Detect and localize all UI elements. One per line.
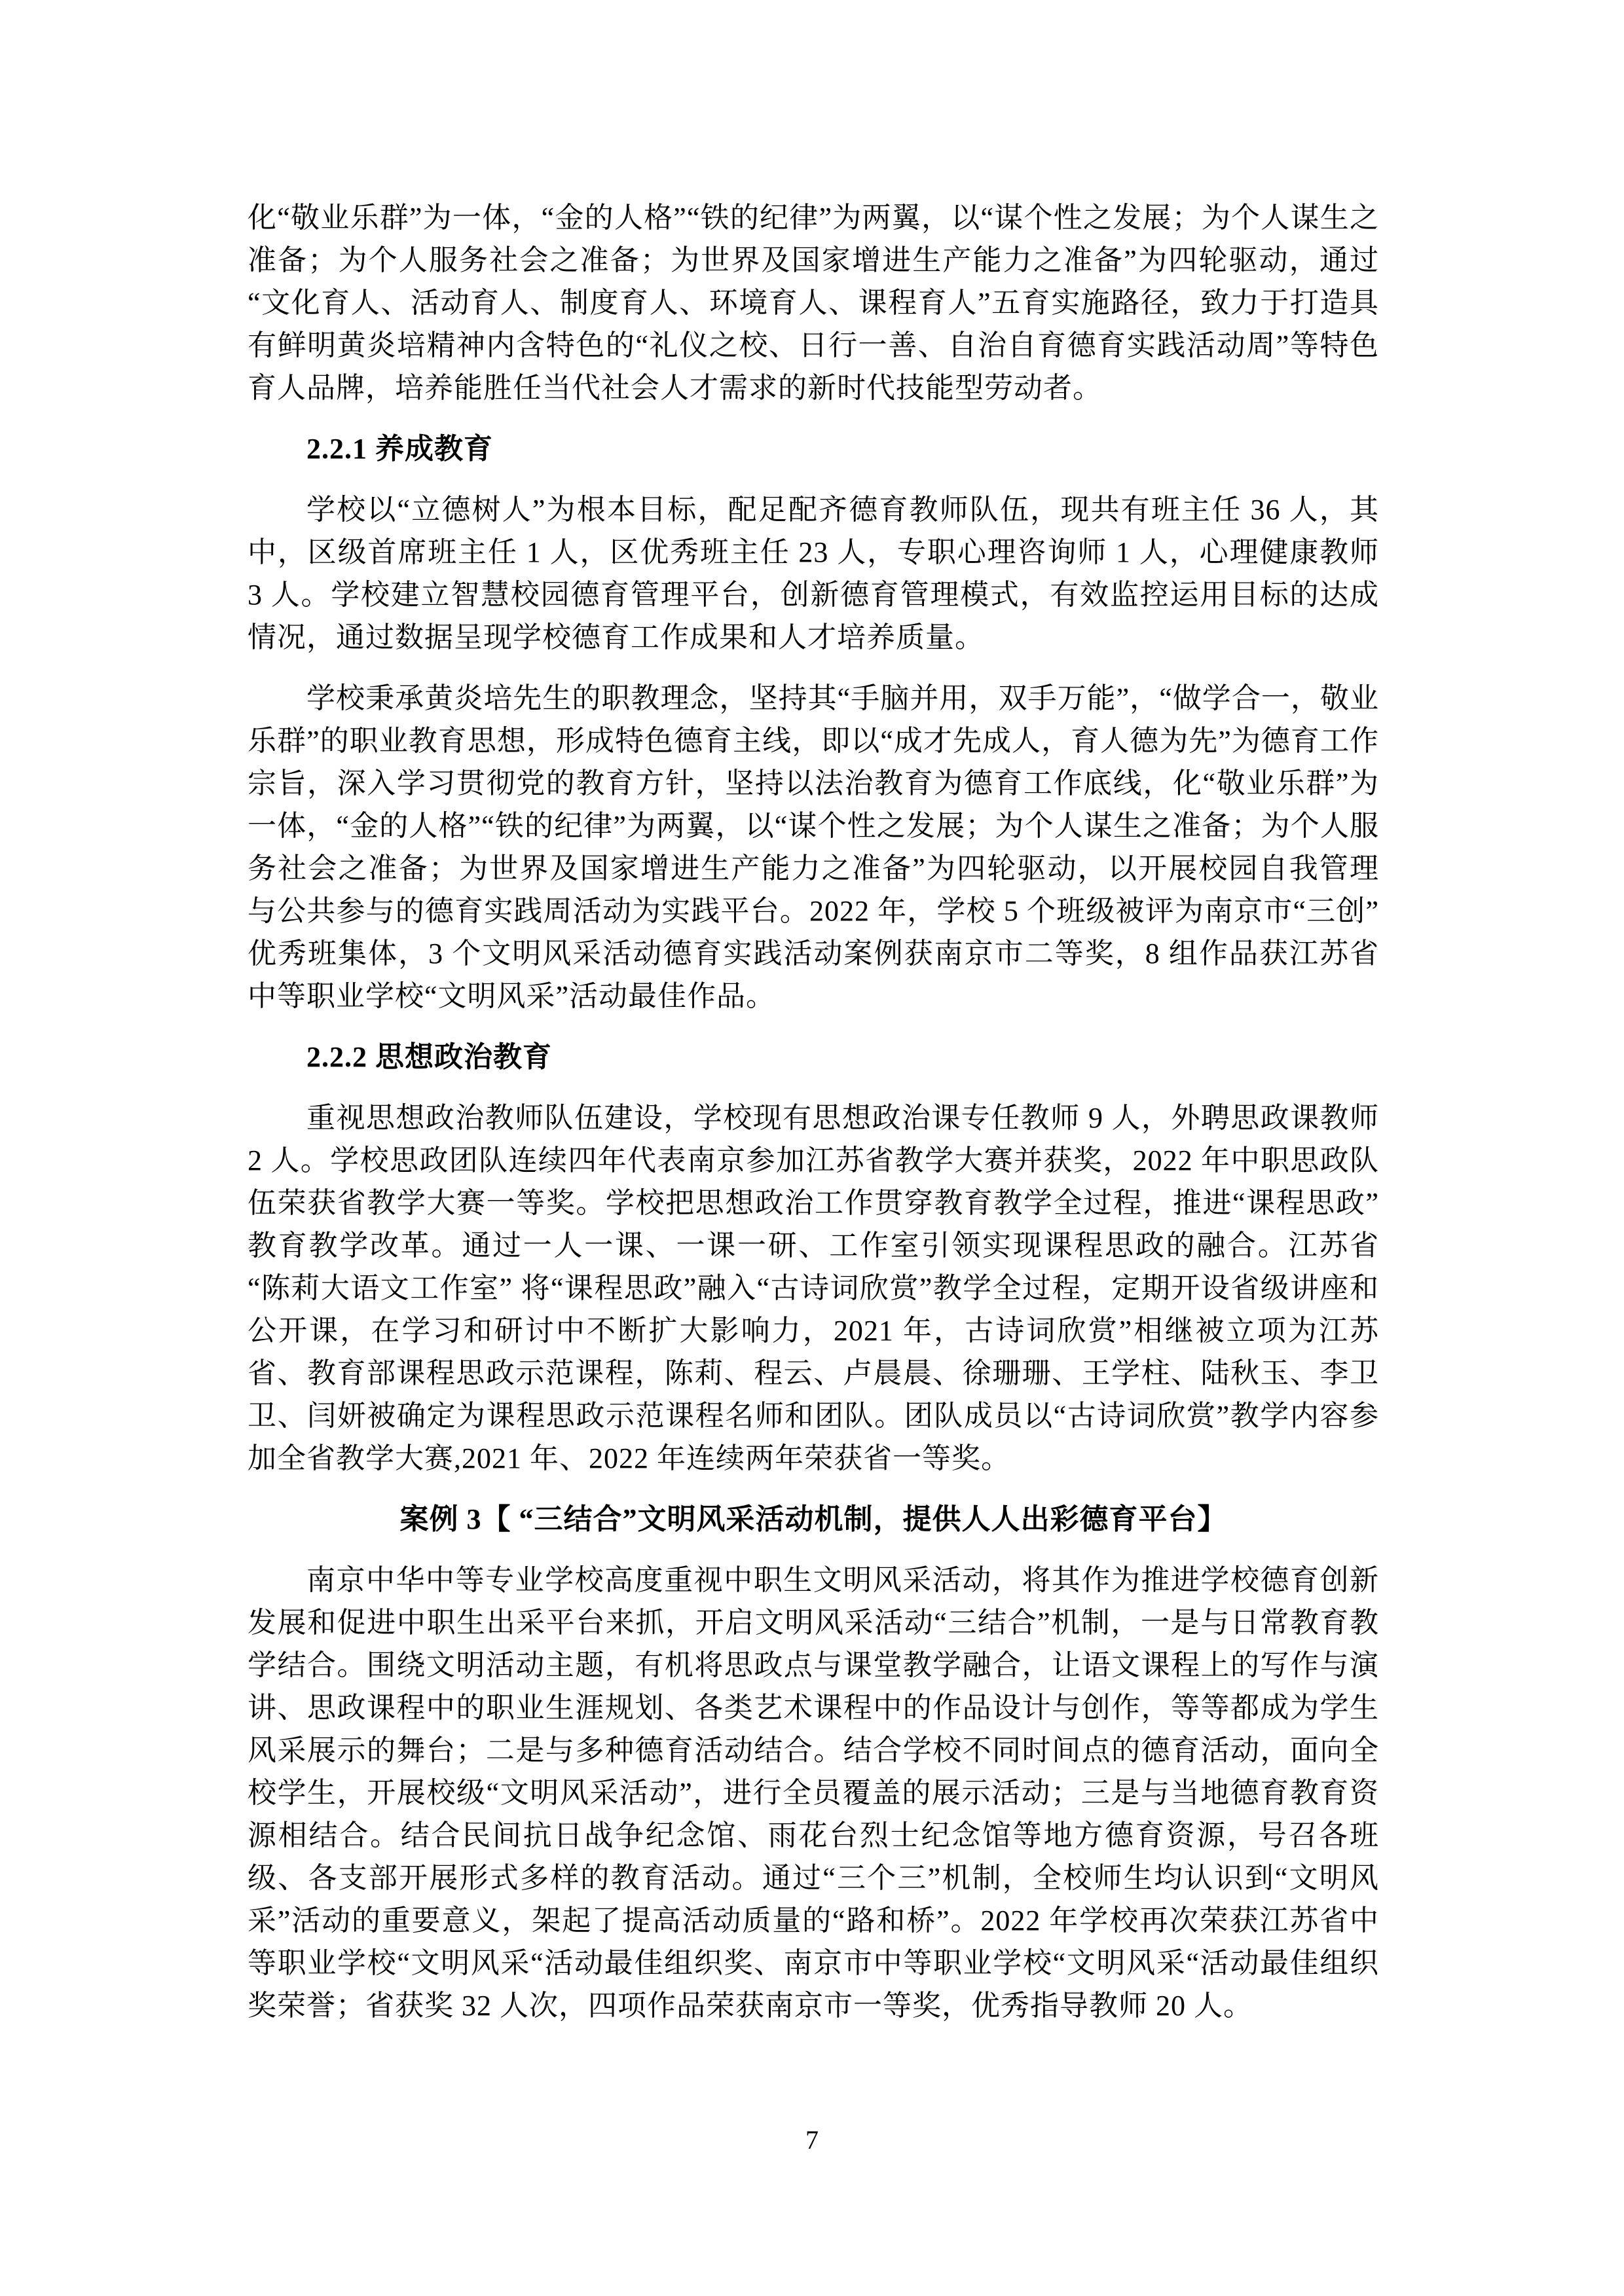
page-number: 7 xyxy=(0,2124,1624,2156)
section-heading-2-2-1: 2.2.1 养成教育 xyxy=(248,428,1379,470)
document-page: 化“敬业乐群”为一体，“金的人格”“铁的纪律”为两翼，以“谋个性之发展；为个人谋… xyxy=(0,0,1624,2296)
document-body: 化“敬业乐群”为一体，“金的人格”“铁的纪律”为两翼，以“谋个性之发展；为个人谋… xyxy=(248,196,1379,2027)
paragraph-continuation: 化“敬业乐群”为一体，“金的人格”“铁的纪律”为两翼，以“谋个性之发展；为个人谋… xyxy=(248,196,1379,409)
paragraph: 南京中华中等专业学校高度重视中职生文明风采活动，将其作为推进学校德育创新发展和促… xyxy=(248,1559,1379,2027)
section-heading-2-2-2: 2.2.2 思想政治教育 xyxy=(248,1036,1379,1078)
paragraph: 学校以“立德树人”为根本目标，配足配齐德育教师队伍，现共有班主任 36 人，其中… xyxy=(248,488,1379,659)
paragraph: 重视思想政治教师队伍建设，学校现有思想政治课专任教师 9 人，外聘思政课教师 2… xyxy=(248,1097,1379,1480)
paragraph: 学校秉承黄炎培先生的职教理念，坚持其“手脑并用，双手万能”，“做学合一，敬业乐群… xyxy=(248,677,1379,1017)
case-3-heading: 案例 3【 “三结合”文明风采活动机制，提供人人出彩德育平台】 xyxy=(248,1498,1379,1540)
